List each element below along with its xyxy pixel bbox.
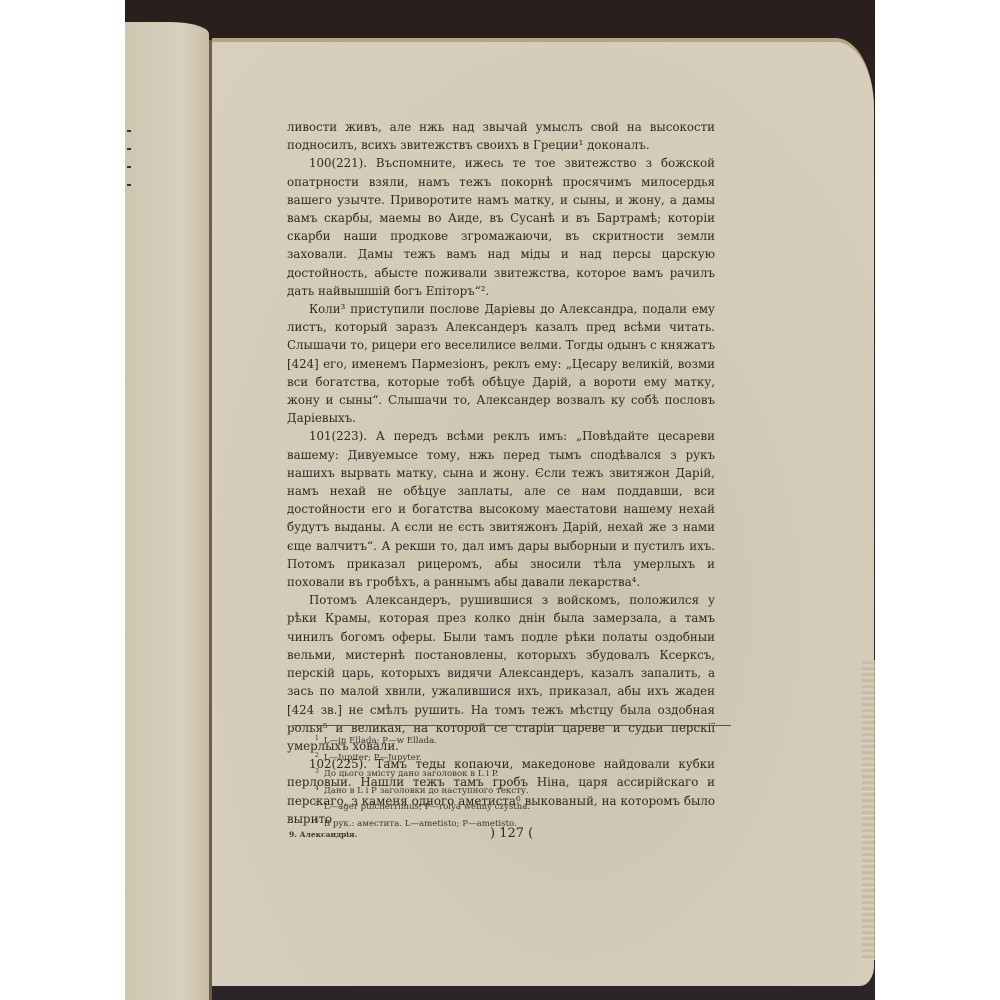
margin-mark [127, 130, 131, 132]
paragraph: 100(221). Въспомните, ижесь те тое звите… [287, 154, 715, 300]
paragraph: 101(223). А передъ всѣми реклъ имъ: „Пов… [287, 427, 715, 591]
footnote-divider [293, 725, 731, 726]
footnote: 3До цього змісту дано заголовок в L і P. [315, 765, 635, 782]
footnote: 5L—ager pulcherrimus; P—rolya welmy czys… [315, 798, 635, 815]
footnote-text: L—Iupiter; P—Jupyter. [324, 753, 422, 763]
left-page [125, 22, 209, 1000]
footnote: 6В рук.: аместита. L—ametisto; P—ametist… [315, 815, 635, 832]
footnote: 4Дано в L і P заголовки до наступного те… [315, 782, 635, 799]
footnote: 2L—Iupiter; P—Jupyter. [315, 749, 635, 766]
footnote-text: Дано в L і P заголовки до наступного тек… [324, 786, 529, 796]
page-number: ) 127 ( [490, 826, 533, 841]
footnote-mark: 5 [315, 801, 319, 808]
paragraph: Потомъ Александеръ, рушившися з войскомъ… [287, 591, 715, 755]
footnote: 1L—in Ellada; P—w Ellada. [315, 732, 635, 749]
body-text: ливости живъ, але нжь над звычай умыслъ … [287, 118, 715, 828]
footnote-text: L—in Ellada; P—w Ellada. [324, 736, 437, 746]
footnote-text: В рук.: аместита. L—ametisto; P—ametisto… [324, 819, 517, 829]
margin-mark [127, 166, 131, 168]
footnote-mark: 2 [315, 752, 319, 759]
margin-mark [127, 148, 131, 150]
paragraph: Коли³ приступили послове Даріевы до Алек… [287, 300, 715, 427]
signature-mark: 9. Александрія. [289, 830, 357, 839]
footnote-text: L—ager pulcherrimus; P—rolya welmy czyst… [324, 802, 530, 812]
footnote-mark: 6 [315, 818, 319, 825]
footnotes: 1L—in Ellada; P—w Ellada. 2L—Iupiter; P—… [315, 732, 635, 832]
footnote-mark: 3 [315, 768, 319, 775]
paragraph: ливости живъ, але нжь над звычай умыслъ … [287, 118, 715, 154]
footnote-text: До цього змісту дано заголовок в L і P. [324, 769, 499, 779]
footnote-mark: 4 [315, 785, 319, 792]
book-photo: ливости живъ, але нжь над звычай умыслъ … [125, 0, 875, 1000]
margin-mark [127, 184, 131, 186]
footnote-mark: 1 [315, 735, 319, 742]
worn-page-edge [862, 660, 875, 960]
